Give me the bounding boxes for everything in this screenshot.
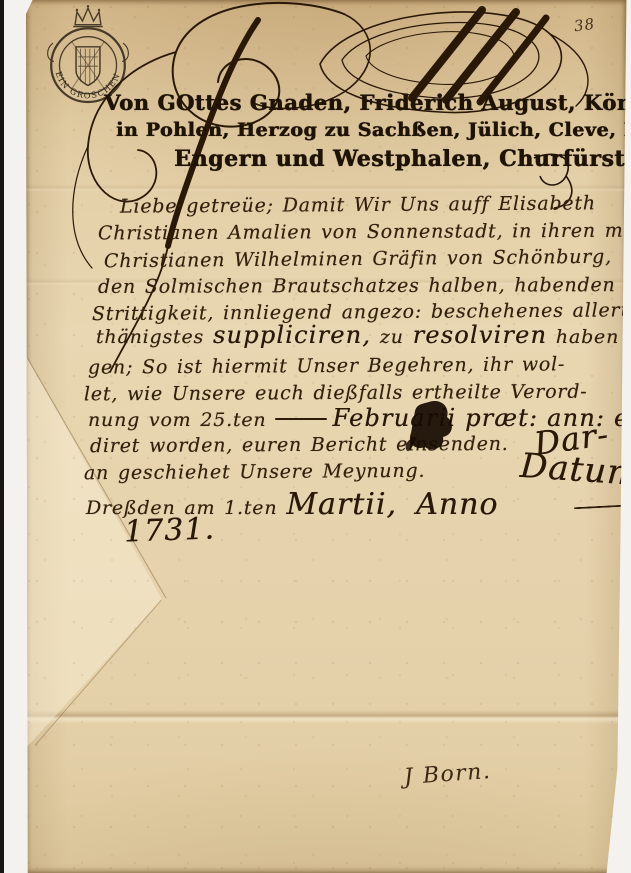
body-line: gen; So ist hiermit Unser Begehren, ihr … [88, 353, 565, 378]
body-line: Christianen Amalien von Sonnenstadt, in … [98, 220, 631, 245]
body-line: den Solmischen Brautschatzes halben, hab… [98, 274, 616, 298]
manuscript-paper: EIN GROSCHEN [26, 0, 627, 873]
body-line: thänigstes suppliciren, zu resolviren ha… [96, 321, 631, 349]
body-line: Christianen Wilhelminen Gräfin von Schön… [104, 246, 612, 272]
fold-crease-upper [26, 184, 627, 192]
heading-line-3: Engern und Westphalen, Churfürst [174, 146, 522, 172]
scanner-edge-strip [0, 0, 4, 873]
body-line: an geschiehet Unsere Meynung. [84, 460, 425, 484]
heading-line-2: in Pohlen, Herzog zu Sachßen, Jülich, Cl… [116, 119, 564, 141]
fold-crease-lower [26, 710, 627, 724]
document-scan: EIN GROSCHEN [0, 0, 631, 873]
body-line: Liebe getreüe; Damit Wir Uns auff Elisab… [120, 192, 596, 217]
word-datum: Datum [519, 446, 631, 494]
latin-word-anno: Anno [416, 487, 498, 522]
pen-dash [275, 418, 327, 420]
body-text: haben mö- [547, 326, 631, 348]
body-line: let, wie Unsere euch dießfalls ertheilte… [84, 381, 588, 406]
page-number: 38 [573, 15, 596, 36]
year-1731: 1731. [123, 511, 215, 549]
heading-line-1: Von GOttes Gnaden, Friderich August, Kön… [104, 90, 572, 115]
latin-word-martii: Martii, [286, 487, 397, 522]
body-text: thänigstes [96, 326, 213, 348]
pen-dash [574, 505, 624, 510]
fold-edge-line-lower [35, 599, 162, 745]
latin-word-suppliciren: suppliciren, [213, 321, 371, 349]
body-text: nung vom 25.ten [88, 409, 275, 431]
body-text: zu [371, 326, 413, 348]
ink-blot [405, 399, 455, 455]
signature: J Born. [403, 759, 492, 790]
latin-word-resolviren: resolviren [413, 321, 547, 349]
